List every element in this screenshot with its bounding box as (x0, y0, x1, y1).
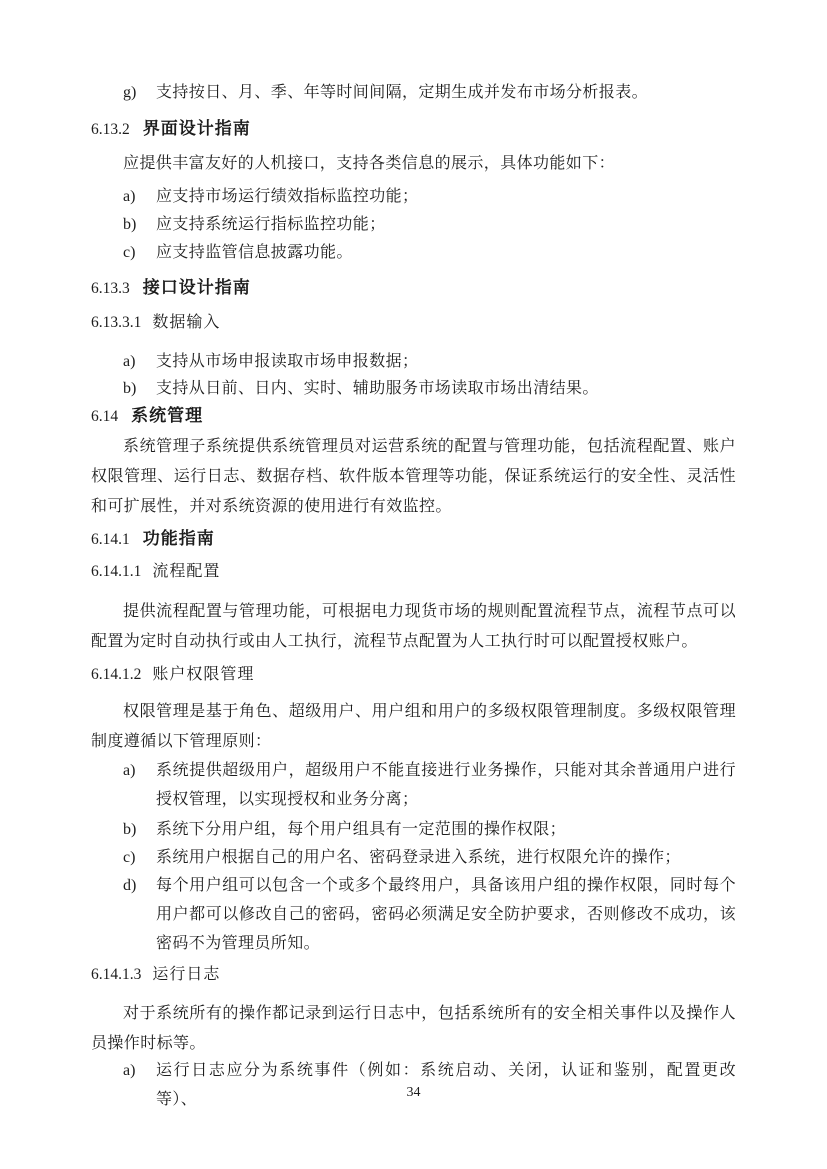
list-item-text: 支持按日、月、季、年等时间间隔，定期生成并发布市场分析报表。 (156, 78, 736, 107)
heading-title: 流程配置 (152, 559, 220, 585)
paragraph: 对于系统所有的操作都记录到运行日志中，包括系统所有的安全相关事件以及操作人员操作… (91, 999, 736, 1059)
heading-number: 6.13.3.1 (91, 310, 141, 336)
list-item: a) 系统提供超级用户，超级用户不能直接进行业务操作，只能对其余普通用户进行授权… (91, 756, 736, 814)
paragraph: 提供流程配置与管理功能，可根据电力现货市场的规则配置流程节点，流程节点可以配置为… (91, 597, 736, 657)
list-item-text: 每个用户组可以包含一个或多个最终用户，具备该用户组的操作权限，同时每个用户都可以… (156, 871, 736, 958)
list-item-text: 应支持系统运行指标监控功能； (156, 210, 736, 239)
list-item: c) 应支持监管信息披露功能。 (91, 238, 736, 267)
list-marker: a) (123, 182, 156, 211)
heading-title: 运行日志 (152, 962, 220, 988)
heading-number: 6.14.1.1 (91, 559, 141, 585)
list-item: c) 系统用户根据自己的用户名、密码登录进入系统，进行权限允许的操作； (91, 843, 736, 872)
heading-number: 6.14.1.2 (91, 662, 141, 688)
subsection-heading: 6.13.3.1 数据输入 (91, 310, 736, 336)
subsection-heading: 6.14.1.3 运行日志 (91, 962, 736, 988)
list-item-text: 系统下分用户组，每个用户组具有一定范围的操作权限； (156, 815, 736, 844)
list-item-text: 应支持监管信息披露功能。 (156, 238, 736, 267)
heading-title: 功能指南 (143, 526, 215, 552)
list-marker: a) (123, 756, 156, 814)
heading-title: 数据输入 (152, 310, 220, 336)
list-item-text: 支持从日前、日内、实时、辅助服务市场读取市场出清结果。 (156, 374, 736, 403)
paragraph: 权限管理是基于角色、超级用户、用户组和用户的多级权限管理制度。多级权限管理制度遵… (91, 697, 736, 757)
paragraph: 应提供丰富友好的人机接口，支持各类信息的展示，具体功能如下： (91, 149, 736, 179)
subsection-heading: 6.14.1.2 账户权限管理 (91, 662, 736, 688)
heading-number: 6.13.2 (91, 117, 130, 143)
heading-number: 6.14 (91, 404, 118, 430)
heading-title: 接口设计指南 (143, 275, 251, 301)
list-item: a) 应支持市场运行绩效指标监控功能； (91, 182, 736, 211)
list-item: a) 支持从市场申报读取市场申报数据； (91, 347, 736, 376)
list-item: g) 支持按日、月、季、年等时间间隔，定期生成并发布市场分析报表。 (91, 78, 736, 107)
heading-title: 界面设计指南 (143, 116, 251, 142)
heading-title: 系统管理 (131, 403, 203, 429)
list-item-text: 支持从市场申报读取市场申报数据； (156, 347, 736, 376)
list-item: b) 应支持系统运行指标监控功能； (91, 210, 736, 239)
list-marker: b) (123, 210, 156, 239)
list-item-text: 系统用户根据自己的用户名、密码登录进入系统，进行权限允许的操作； (156, 843, 736, 872)
list-marker: d) (123, 871, 156, 958)
heading-title: 账户权限管理 (152, 662, 254, 688)
list-item-text: 系统提供超级用户，超级用户不能直接进行业务操作，只能对其余普通用户进行授权管理，… (156, 756, 736, 814)
list-item-text: 应支持市场运行绩效指标监控功能； (156, 182, 736, 211)
list-marker: c) (123, 238, 156, 267)
document-page: g) 支持按日、月、季、年等时间间隔，定期生成并发布市场分析报表。 6.13.2… (0, 0, 827, 1169)
list-item: b) 支持从日前、日内、实时、辅助服务市场读取市场出清结果。 (91, 374, 736, 403)
heading-number: 6.14.1.3 (91, 962, 141, 988)
list-marker: b) (123, 374, 156, 403)
list-item: d) 每个用户组可以包含一个或多个最终用户，具备该用户组的操作权限，同时每个用户… (91, 871, 736, 958)
section-heading: 6.13.2 界面设计指南 (91, 116, 736, 143)
heading-number: 6.13.3 (91, 276, 130, 302)
list-marker: a) (123, 347, 156, 376)
subsection-heading: 6.14.1.1 流程配置 (91, 559, 736, 585)
page-number: 34 (0, 1084, 827, 1102)
list-marker: g) (123, 78, 156, 107)
list-marker: b) (123, 815, 156, 844)
paragraph: 系统管理子系统提供系统管理员对运营系统的配置与管理功能，包括流程配置、账户权限管… (91, 432, 736, 522)
section-heading: 6.14 系统管理 (91, 403, 736, 430)
heading-number: 6.14.1 (91, 527, 130, 553)
list-item: b) 系统下分用户组，每个用户组具有一定范围的操作权限； (91, 815, 736, 844)
list-marker: c) (123, 843, 156, 872)
section-heading: 6.13.3 接口设计指南 (91, 275, 736, 302)
section-heading: 6.14.1 功能指南 (91, 526, 736, 553)
